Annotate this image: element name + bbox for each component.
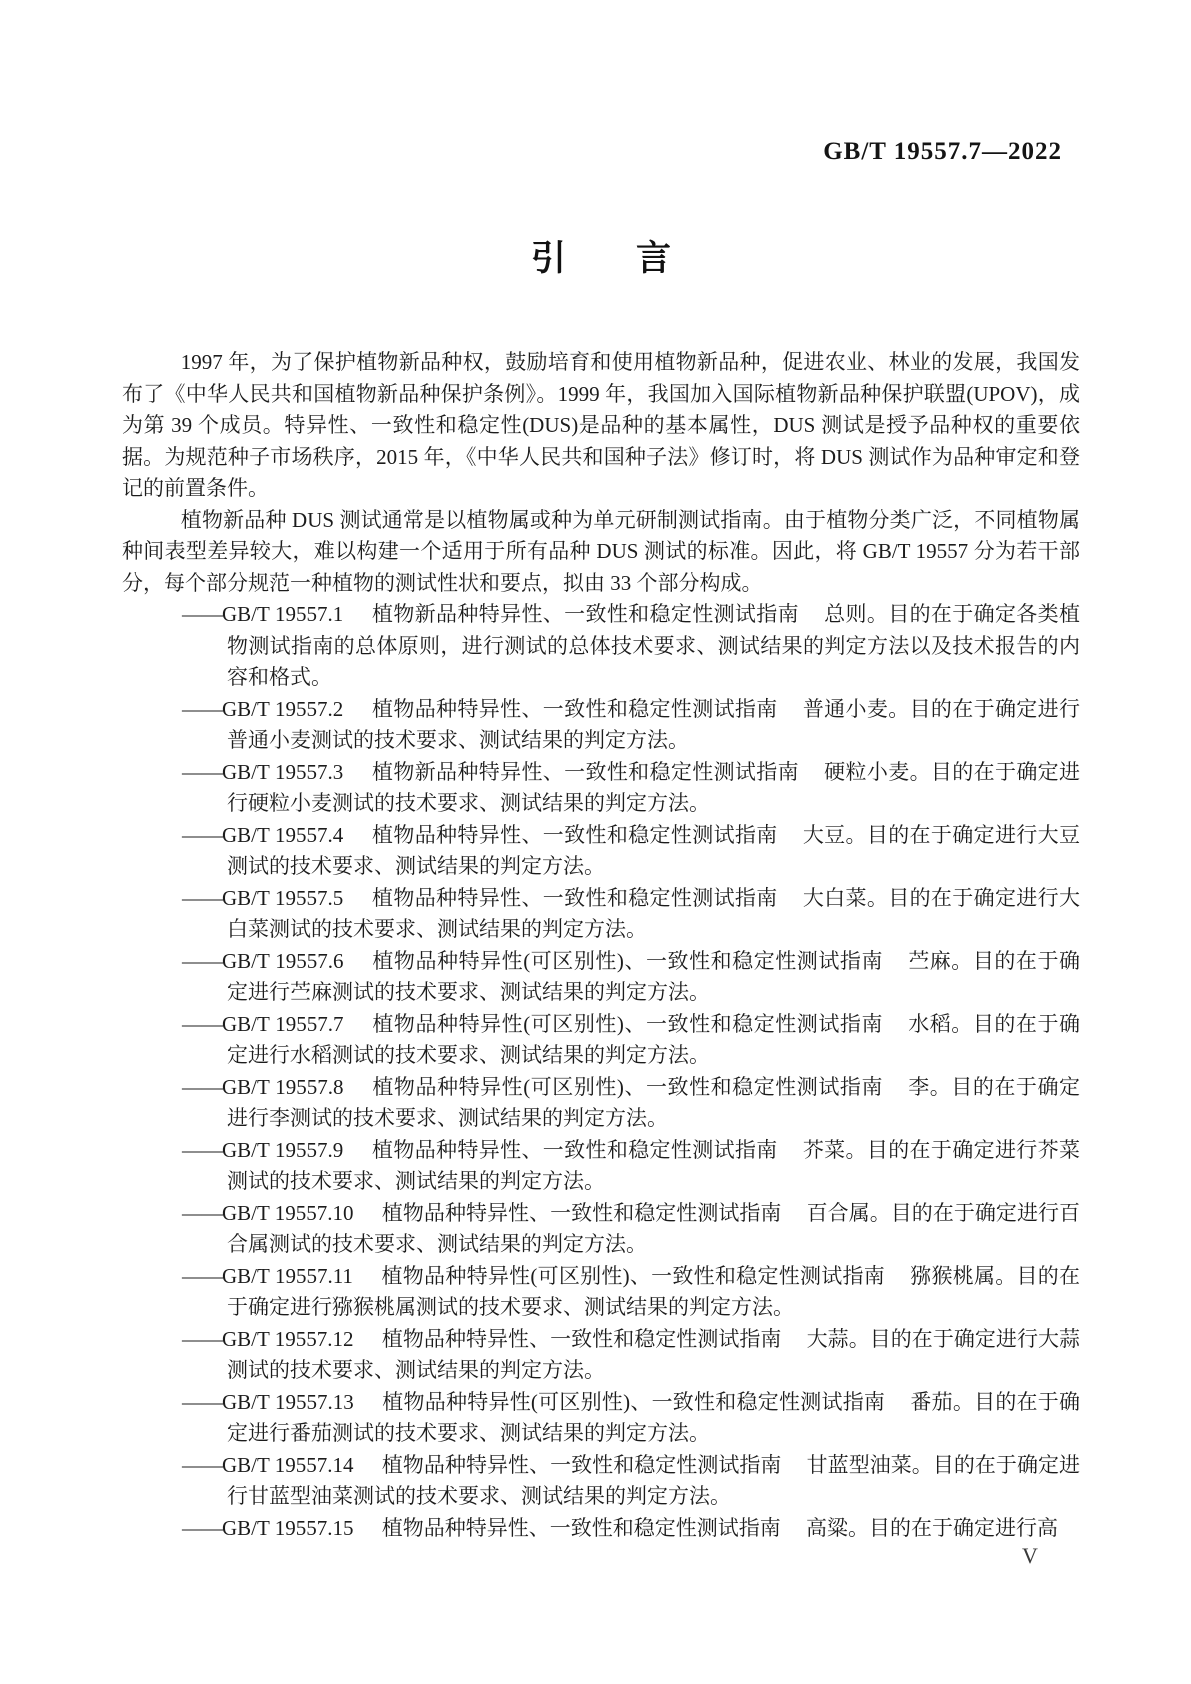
list-item: ——GB/T 19557.11植物品种特异性(可区别性)、一致性和稳定性测试指南… (122, 1261, 1080, 1324)
standard-subject: 猕猴桃属。 (910, 1264, 1016, 1288)
standard-title: 植物新品种特异性、一致性和稳定性测试指南 (372, 602, 799, 626)
list-item-dash: —— (182, 602, 222, 626)
standard-code: GB/T 19557.6 (222, 949, 344, 973)
standard-title: 植物品种特异性、一致性和稳定性测试指南 (382, 1201, 782, 1225)
standard-title: 植物品种特异性(可区别性)、一致性和稳定性测试指南 (382, 1390, 885, 1414)
standard-title: 植物品种特异性、一致性和稳定性测试指南 (372, 886, 778, 910)
standard-code: GB/T 19557.2 (222, 697, 343, 721)
standard-subject: 百合属。 (807, 1201, 891, 1225)
list-item-dash: —— (182, 697, 222, 721)
list-item: ——GB/T 19557.15植物品种特异性、一致性和稳定性测试指南高粱。目的在… (122, 1513, 1080, 1545)
list-item-dash: —— (182, 1201, 222, 1225)
list-item-dash: —— (182, 1264, 222, 1288)
document-page: GB/T 19557.7—2022 引 言 1997 年，为了保护植物新品种权，… (0, 0, 1191, 1684)
list-item-dash: —— (182, 760, 222, 784)
standard-code: GB/T 19557.3 (222, 760, 343, 784)
list-item-dash: —— (182, 1327, 222, 1351)
list-item-dash: —— (182, 1138, 222, 1162)
standard-title: 植物品种特异性(可区别性)、一致性和稳定性测试指南 (381, 1264, 885, 1288)
list-item: ——GB/T 19557.14植物品种特异性、一致性和稳定性测试指南甘蓝型油菜。… (122, 1450, 1080, 1513)
standard-subject: 大白菜。 (803, 886, 888, 910)
list-item: ——GB/T 19557.13植物品种特异性(可区别性)、一致性和稳定性测试指南… (122, 1387, 1080, 1450)
standard-title: 植物品种特异性、一致性和稳定性测试指南 (382, 1327, 782, 1351)
list-item-dash: —— (182, 886, 222, 910)
standard-code: GB/T 19557.1 (222, 602, 343, 626)
standard-subject: 甘蓝型油菜。 (807, 1453, 933, 1477)
list-item-dash: —— (182, 949, 222, 973)
standard-code: GB/T 19557.10 (222, 1201, 354, 1225)
standard-title: 植物品种特异性、一致性和稳定性测试指南 (382, 1453, 782, 1477)
list-item-dash: —— (182, 1075, 222, 1099)
standard-subject: 硬粒小麦。 (824, 760, 931, 784)
list-item: ——GB/T 19557.9植物品种特异性、一致性和稳定性测试指南芥菜。目的在于… (122, 1135, 1080, 1198)
standard-subject: 水稻。 (908, 1012, 973, 1036)
list-item-dash: —— (182, 1012, 222, 1036)
list-item: ——GB/T 19557.7植物品种特异性(可区别性)、一致性和稳定性测试指南水… (122, 1009, 1080, 1072)
list-item: ——GB/T 19557.1植物新品种特异性、一致性和稳定性测试指南总则。目的在… (122, 599, 1080, 694)
standard-code: GB/T 19557.15 (222, 1516, 353, 1540)
standard-code: GB/T 19557.13 (222, 1390, 354, 1414)
list-item: ——GB/T 19557.12植物品种特异性、一致性和稳定性测试指南大蒜。目的在… (122, 1324, 1080, 1387)
standard-title: 植物品种特异性、一致性和稳定性测试指南 (372, 697, 778, 721)
list-item: ——GB/T 19557.8植物品种特异性(可区别性)、一致性和稳定性测试指南李… (122, 1072, 1080, 1135)
list-item: ——GB/T 19557.5植物品种特异性、一致性和稳定性测试指南大白菜。目的在… (122, 883, 1080, 946)
standard-code: GB/T 19557.8 (222, 1075, 344, 1099)
standard-description: 目的在于确定进行高 (869, 1516, 1058, 1540)
standard-title: 植物品种特异性(可区别性)、一致性和稳定性测试指南 (372, 949, 883, 973)
intro-paragraph-1: 1997 年，为了保护植物新品种权，鼓励培育和使用植物新品种，促进农业、林业的发… (122, 347, 1080, 505)
standard-title: 植物品种特异性(可区别性)、一致性和稳定性测试指南 (372, 1075, 883, 1099)
standard-subject: 苎麻。 (908, 949, 973, 973)
standard-subject: 总则。 (824, 602, 888, 626)
standard-code: GB/T 19557.5 (222, 886, 343, 910)
standard-title: 植物品种特异性、一致性和稳定性测试指南 (372, 1138, 778, 1162)
list-item: ——GB/T 19557.4植物品种特异性、一致性和稳定性测试指南大豆。目的在于… (122, 820, 1080, 883)
standard-subject: 大豆。 (803, 823, 867, 847)
list-item-dash: —— (182, 1453, 222, 1477)
list-item-dash: —— (182, 1390, 222, 1414)
standard-code: GB/T 19557.4 (222, 823, 343, 847)
intro-content: 1997 年，为了保护植物新品种权，鼓励培育和使用植物新品种，促进农业、林业的发… (122, 347, 1080, 1544)
standard-subject: 芥菜。 (803, 1138, 867, 1162)
standard-title: 植物品种特异性(可区别性)、一致性和稳定性测试指南 (372, 1012, 883, 1036)
standard-subject: 番茄。 (910, 1390, 974, 1414)
standard-title: 植物品种特异性、一致性和稳定性测试指南 (372, 823, 778, 847)
page-number: V (1022, 1543, 1038, 1569)
standard-subject: 普通小麦。 (803, 697, 910, 721)
standard-title: 植物品种特异性、一致性和稳定性测试指南 (382, 1516, 781, 1540)
standard-code: GB/T 19557.9 (222, 1138, 343, 1162)
standard-code: GB/T 19557.12 (222, 1327, 354, 1351)
standard-code: GB/T 19557.14 (222, 1453, 354, 1477)
list-item: ——GB/T 19557.3植物新品种特异性、一致性和稳定性测试指南硬粒小麦。目… (122, 757, 1080, 820)
list-item: ——GB/T 19557.6植物品种特异性(可区别性)、一致性和稳定性测试指南苎… (122, 946, 1080, 1009)
standard-title: 植物新品种特异性、一致性和稳定性测试指南 (372, 760, 799, 784)
standard-subject: 高粱。 (806, 1516, 869, 1540)
standard-code: GB/T 19557.11 (222, 1264, 353, 1288)
list-item-dash: —— (182, 1516, 222, 1540)
list-item: ——GB/T 19557.10植物品种特异性、一致性和稳定性测试指南百合属。目的… (122, 1198, 1080, 1261)
parts-list: ——GB/T 19557.1植物新品种特异性、一致性和稳定性测试指南总则。目的在… (122, 599, 1080, 1544)
list-item: ——GB/T 19557.2植物品种特异性、一致性和稳定性测试指南普通小麦。目的… (122, 694, 1080, 757)
list-item-dash: —— (182, 823, 222, 847)
standard-code: GB/T 19557.7 (222, 1012, 344, 1036)
standard-subject: 大蒜。 (807, 1327, 870, 1351)
page-title: 引 言 (122, 238, 1080, 280)
standard-subject: 李。 (908, 1075, 951, 1099)
doc-number: GB/T 19557.7—2022 (823, 138, 1062, 166)
intro-paragraph-2: 植物新品种 DUS 测试通常是以植物属或种为单元研制测试指南。由于植物分类广泛，… (122, 505, 1080, 600)
